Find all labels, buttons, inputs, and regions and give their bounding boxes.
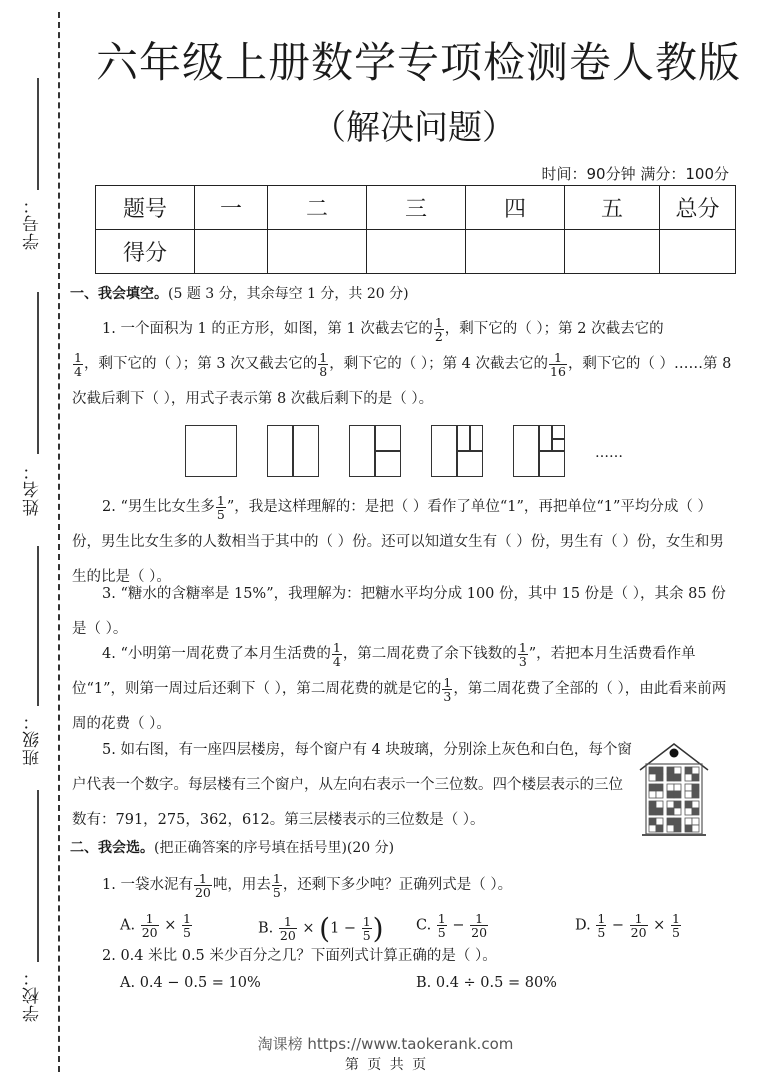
cut-line [58, 12, 60, 1072]
fraction: 15 [272, 872, 282, 899]
score-cell: 四 [466, 186, 565, 230]
student-id-label: 学号： [20, 196, 45, 250]
score-input-cell[interactable] [268, 230, 367, 274]
q-text: 1. 一个面积为 1 的正方形，如图，第 1 次截去它的 [102, 321, 433, 337]
option-a[interactable]: A. 120 × 15 [120, 912, 193, 939]
question-2-1: 1. 一袋水泥有120吨，用去15，还剩下多少吨？正确列式是（ ）。 [102, 868, 762, 903]
section-2-title-bold: 二、我会选。 [70, 840, 154, 856]
section-2-title: 二、我会选。(把正确答案的序号填在括号里)(20 分) [70, 837, 394, 857]
score-cell: 三 [367, 186, 466, 230]
section-1-title: 一、我会填空。(5 题 3 分，其余每空 1 分，共 20 分) [70, 283, 409, 303]
q-text: 5. 如右图，有一座四层楼房，每个窗户有 4 块玻璃，分别涂上灰色和白色，每个窗… [72, 742, 632, 828]
fraction: 14 [73, 351, 83, 378]
score-cell: 题号 [96, 186, 195, 230]
q-text: ，剩下它的（ ）；第 4 次截去它的 [329, 356, 548, 372]
square-step-3 [431, 425, 483, 477]
q-text: ，第二周花费了余下钱数的 [343, 646, 517, 662]
score-input-cell[interactable] [660, 230, 736, 274]
name-line [37, 292, 39, 454]
ellipsis: …… [595, 445, 623, 461]
q-text: ，还剩下多少吨？正确列式是（ ）。 [283, 877, 512, 893]
question-1-5: 5. 如右图，有一座四层楼房，每个窗户有 4 块玻璃，分别涂上灰色和白色，每个窗… [72, 733, 632, 838]
fraction: 13 [518, 641, 528, 668]
score-cell: 五 [565, 186, 660, 230]
question-1-1: 1. 一个面积为 1 的正方形，如图，第 1 次截去它的12，剩下它的（ ）；第… [72, 312, 732, 417]
score-cell: 一 [195, 186, 268, 230]
square-step-2 [349, 425, 401, 477]
score-cell: 得分 [96, 230, 195, 274]
fraction: 18 [318, 351, 328, 378]
name-label: 姓名： [20, 462, 45, 516]
q-text: 1. 一袋水泥有 [102, 877, 193, 893]
section-1-title-bold: 一、我会填空。 [70, 286, 168, 302]
score-table: 题号 一 二 三 四 五 总分 得分 [95, 185, 736, 274]
fraction: 116 [549, 351, 567, 378]
score-cell: 总分 [660, 186, 736, 230]
fraction: 120 [194, 872, 212, 899]
score-input-cell[interactable] [195, 230, 268, 274]
q-text: 3. “糖水的含糖率是 15%”，我理解为：把糖水平均分成 100 份，其中 1… [72, 586, 726, 637]
section-1-title-note: (5 题 3 分，其余每空 1 分，共 20 分) [168, 286, 409, 302]
fraction: 14 [332, 641, 342, 668]
q-text: 2. 0.4 米比 0.5 米少百分之几？下面列式计算正确的是（ ）。 [102, 948, 497, 964]
q-text: 4. “小明第一周花费了本月生活费的 [102, 646, 331, 662]
exam-meta: 时间：90分钟 满分：100分 [542, 163, 730, 184]
q-text: 吨，用去 [213, 877, 271, 893]
building-illustration [638, 740, 710, 838]
school-line [37, 790, 39, 962]
q-text: ，剩下它的（ ）；第 3 次又截去它的 [84, 356, 317, 372]
option-a[interactable]: A. 0.4 − 0.5 = 10% [120, 975, 261, 991]
option-b[interactable]: B. 0.4 ÷ 0.5 = 80% [416, 975, 557, 991]
page-subtitle: （解决问题） [312, 100, 516, 149]
score-table-score-row: 得分 [96, 230, 736, 274]
section-2-title-note: (把正确答案的序号填在括号里)(20 分) [154, 840, 394, 856]
question-2-2: 2. 0.4 米比 0.5 米少百分之几？下面列式计算正确的是（ ）。 [102, 939, 762, 974]
square-step-1 [267, 425, 319, 477]
option-c[interactable]: C. 15 − 120 [416, 912, 489, 939]
score-cell: 二 [268, 186, 367, 230]
score-input-cell[interactable] [367, 230, 466, 274]
fraction: 13 [442, 676, 452, 703]
page-number: 第 页 共 页 [0, 1054, 771, 1074]
class-label: 班级： [20, 712, 45, 766]
score-input-cell[interactable] [565, 230, 660, 274]
student-id-line [37, 78, 39, 190]
score-table-header-row: 题号 一 二 三 四 五 总分 [96, 186, 736, 230]
fraction: 12 [434, 316, 444, 343]
q-text: 2. “男生比女生多 [102, 499, 215, 515]
footer-watermark: 淘课榜 https://www.taokerank.com [0, 1033, 771, 1054]
square-step-4 [513, 425, 565, 477]
q-text: ，剩下它的（ ）；第 2 次截去它的 [445, 321, 664, 337]
class-line [37, 546, 39, 706]
score-input-cell[interactable] [466, 230, 565, 274]
page-title: 六年级上册数学专项检测卷人教版 [96, 30, 746, 90]
option-d[interactable]: D. 15 − 120 × 15 [575, 912, 682, 939]
question-1-4: 4. “小明第一周花费了本月生活费的14，第二周花费了余下钱数的13”，若把本月… [72, 637, 732, 742]
fraction: 15 [216, 494, 226, 521]
square-step-0 [185, 425, 237, 477]
school-label: 学校： [20, 968, 45, 1022]
